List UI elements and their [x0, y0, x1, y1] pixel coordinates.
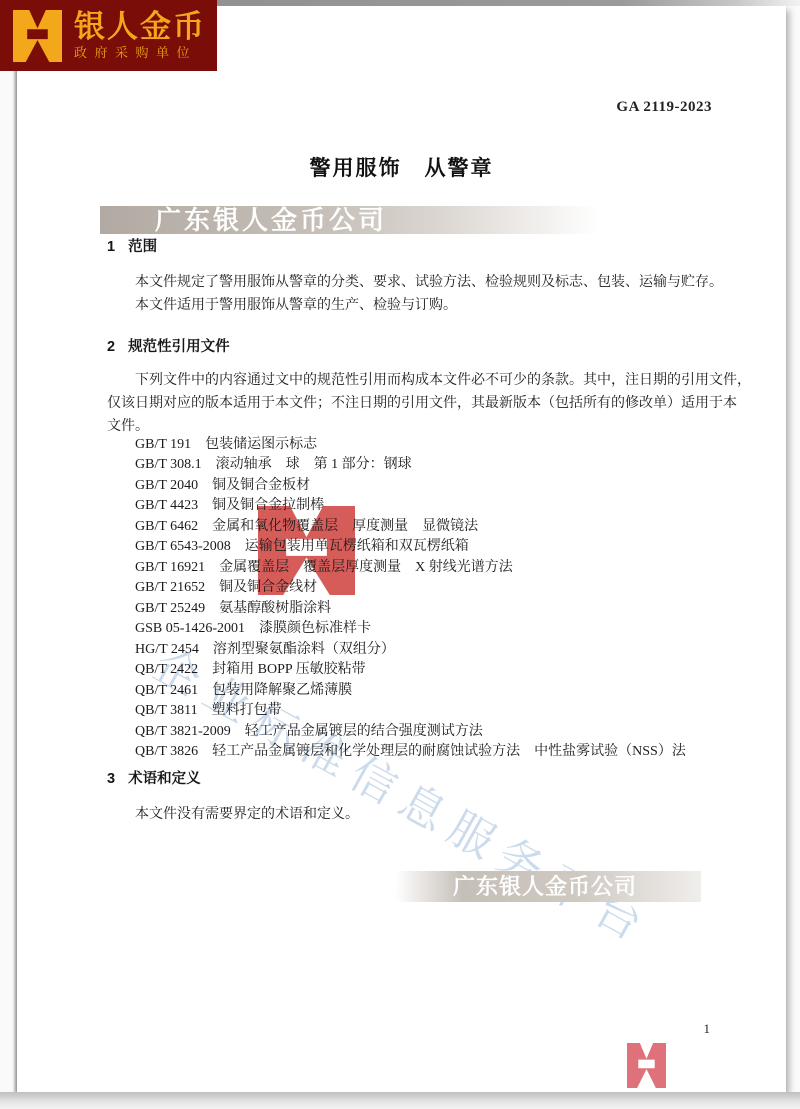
reference-item: GB/T 21652 铜及铜合金线材	[135, 579, 317, 596]
reference-item: GB/T 25249 氨基醇酸树脂涂料	[135, 600, 331, 617]
brand-name: 银人金币	[74, 11, 206, 43]
section-2-heading: 2规范性引用文件	[107, 335, 230, 356]
section-3-paragraph-line: 本文件没有需要界定的术语和定义。	[135, 806, 359, 823]
document-title: 警用服饰 从警章	[17, 152, 786, 182]
brand-m-icon	[13, 10, 62, 62]
reference-item: QB/T 3811 塑料打包带	[135, 702, 282, 719]
reference-item: QB/T 2461 包装用降解聚乙烯薄膜	[135, 682, 352, 699]
reference-item: QB/T 3821-2009 轻工产品金属镀层的结合强度测试方法	[135, 723, 483, 740]
page-bottom-shadow	[0, 1092, 800, 1109]
reference-item: HG/T 2454 溶剂型聚氨酯涂料（双组分）	[135, 641, 395, 658]
section-2-paragraph-line: 文件。	[107, 418, 149, 435]
company-watermark-band-top: 广东银人金币公司	[100, 206, 600, 234]
footer-m-logo-icon	[627, 1043, 666, 1088]
reference-item: QB/T 3826 轻工产品金属镀层和化学处理层的耐腐蚀试验方法 中性盐雾试验（…	[135, 743, 686, 760]
section-2-paragraph-line: 下列文件中的内容通过文中的规范性引用而构成本文件必不可少的条款。其中，注日期的引…	[135, 372, 751, 389]
page-number: 1	[660, 1021, 710, 1037]
reference-item: GB/T 4423 铜及铜合金拉制棒	[135, 497, 324, 514]
section-1-paragraph-line: 本文件规定了警用服饰从警章的分类、要求、试验方法、检验规则及标志、包装、运输与贮…	[135, 274, 723, 291]
section-1-paragraph-line: 本文件适用于警用服饰从警章的生产、检验与订购。	[135, 297, 457, 314]
reference-item: GB/T 6462 金属和氧化物覆盖层 厚度测量 显微镜法	[135, 518, 478, 535]
section-3-heading: 3术语和定义	[107, 767, 201, 788]
reference-item: GB/T 308.1 滚动轴承 球 第 1 部分：钢球	[135, 456, 412, 473]
reference-item: GB/T 6543-2008 运输包装用单瓦楞纸箱和双瓦楞纸箱	[135, 538, 469, 555]
reference-item: GB/T 191 包装储运图示标志	[135, 436, 317, 453]
reference-item: QB/T 2422 封箱用 BOPP 压敏胶粘带	[135, 661, 366, 678]
section-2-paragraph-line: 仅该日期对应的版本适用于本文件；不注日期的引用文件，其最新版本（包括所有的修改单…	[107, 395, 737, 412]
reference-item: GSB 05-1426-2001 漆膜颜色标准样卡	[135, 620, 371, 637]
reference-item: GB/T 2040 铜及铜合金板材	[135, 477, 310, 494]
brand-subtitle: 政府采购单位	[74, 46, 206, 60]
scanned-standard-document: { "brand_header": { "name": "银人金币", "sub…	[0, 0, 800, 1109]
company-watermark-band-bottom: 广东银人金币公司	[395, 871, 701, 902]
standard-code: GA 2119-2023	[560, 99, 712, 116]
reference-item: GB/T 16921 金属覆盖层 覆盖层厚度测量 X 射线光谱方法	[135, 559, 513, 576]
section-1-heading: 1范围	[107, 235, 157, 256]
brand-logo-header: 银人金币 政府采购单位	[0, 0, 217, 71]
